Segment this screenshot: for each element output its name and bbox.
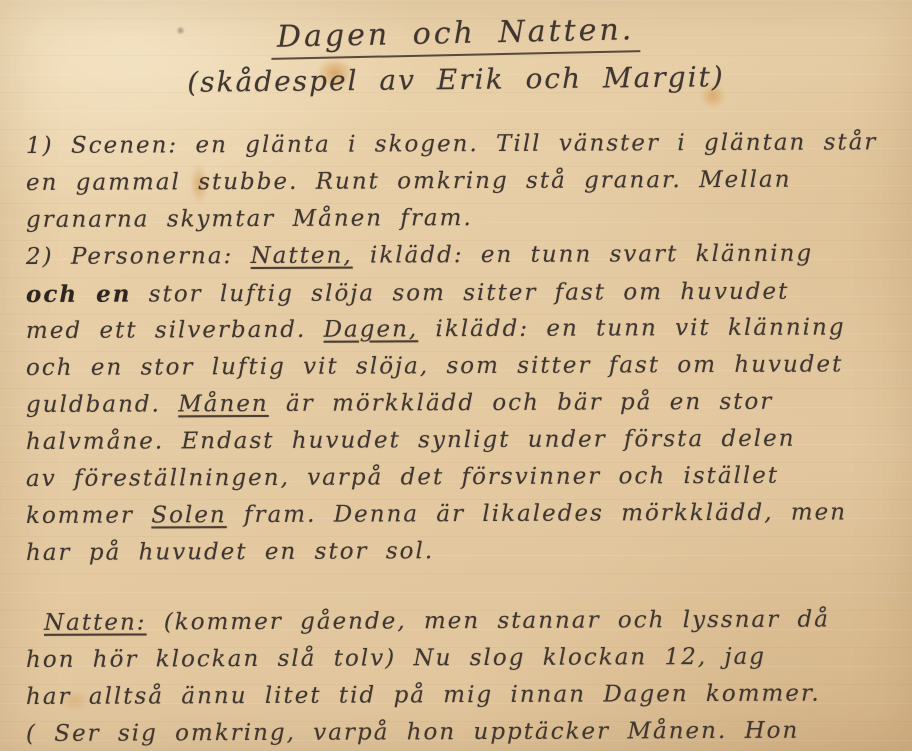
- manuscript-line: har på huvudet en stor sol.: [26, 531, 912, 572]
- underlined-word: Dagen,: [324, 316, 419, 342]
- text-segment: iklädd: en tunn vit klänning: [418, 314, 845, 342]
- underlined-word: Natten:: [44, 609, 147, 635]
- manuscript-line: halvmåne. Endast huvudet synligt under f…: [26, 420, 912, 461]
- manuscript-line: ( Ser sig omkring, varpå hon upptäcker M…: [26, 712, 912, 751]
- underlined-word: Månen: [178, 391, 269, 417]
- text-segment: och en stor luftig vit slöja, som sitter…: [26, 351, 843, 381]
- text-segment: av föreställningen, varpå det försvinner…: [26, 463, 779, 492]
- manuscript-line: 2) Personerna: Natten, iklädd: en tunn s…: [26, 235, 912, 276]
- underlined-word: Solen: [151, 502, 227, 528]
- manuscript-header: Dagen och Natten. (skådespel av Erik och…: [0, 16, 912, 96]
- manuscript-line: 1) Scenen: en glänta i skogen. Till väns…: [26, 124, 912, 165]
- manuscript-line: Natten: (kommer gående, men stannar och …: [26, 601, 912, 642]
- manuscript-body: 1) Scenen: en glänta i skogen. Till väns…: [26, 128, 912, 751]
- text-segment: iklädd: en tunn svart klänning: [353, 241, 814, 269]
- text-segment: med ett silverband.: [26, 317, 324, 344]
- text-segment: 1) Scenen: en glänta i skogen. Till väns…: [26, 129, 878, 159]
- text-segment: en gammal stubbe. Runt omkring stå grana…: [26, 167, 792, 196]
- page-title: Dagen och Natten.: [271, 12, 641, 60]
- text-segment: har på huvudet en stor sol.: [26, 538, 434, 566]
- text-segment: och en: [26, 281, 132, 308]
- manuscript-line: kommer Solen fram. Denna är likaledes mö…: [26, 494, 912, 535]
- text-segment: 2) Personerna:: [26, 243, 251, 270]
- text-segment: granarna skymtar Månen fram.: [26, 205, 473, 233]
- manuscript-line: guldband. Månen är mörkklädd och bär på …: [26, 383, 912, 424]
- text-segment: stor luftig slöja som sitter fast om huv…: [131, 279, 789, 308]
- text-segment: halvmåne. Endast huvudet synligt under f…: [26, 426, 796, 455]
- manuscript-line: och en stor luftig slöja som sitter fast…: [26, 272, 912, 313]
- manuscript-line: en gammal stubbe. Runt omkring stå grana…: [26, 161, 912, 202]
- text-segment: ( Ser sig omkring, varpå hon upptäcker M…: [26, 718, 799, 747]
- manuscript-line: av föreställningen, varpå det försvinner…: [26, 457, 912, 498]
- text-segment: är mörkklädd och bär på en stor: [269, 389, 774, 417]
- text-segment: kommer: [26, 502, 151, 529]
- manuscript-line: och en stor luftig vit slöja, som sitter…: [26, 346, 912, 387]
- manuscript-line: med ett silverband. Dagen, iklädd: en tu…: [26, 309, 912, 350]
- text-segment: guldband.: [26, 391, 178, 418]
- underlined-word: Natten,: [251, 243, 353, 269]
- manuscript-line: har alltså ännu litet tid på mig innan D…: [26, 675, 912, 716]
- manuscript-line: hon hör klockan slå tolv) Nu slog klocka…: [26, 638, 912, 679]
- text-segment: hon hör klockan slå tolv) Nu slog klocka…: [26, 644, 766, 673]
- manuscript-line: granarna skymtar Månen fram.: [26, 198, 912, 239]
- page-subtitle: (skådespel av Erik och Margit): [0, 58, 912, 101]
- text-segment: har alltså ännu litet tid på mig innan D…: [26, 681, 821, 710]
- text-segment: (kommer gående, men stannar och lyssnar …: [146, 606, 830, 635]
- manuscript-page: Dagen och Natten. (skådespel av Erik och…: [0, 0, 912, 751]
- text-segment: fram. Denna är likaledes mörkklädd, men: [227, 499, 847, 528]
